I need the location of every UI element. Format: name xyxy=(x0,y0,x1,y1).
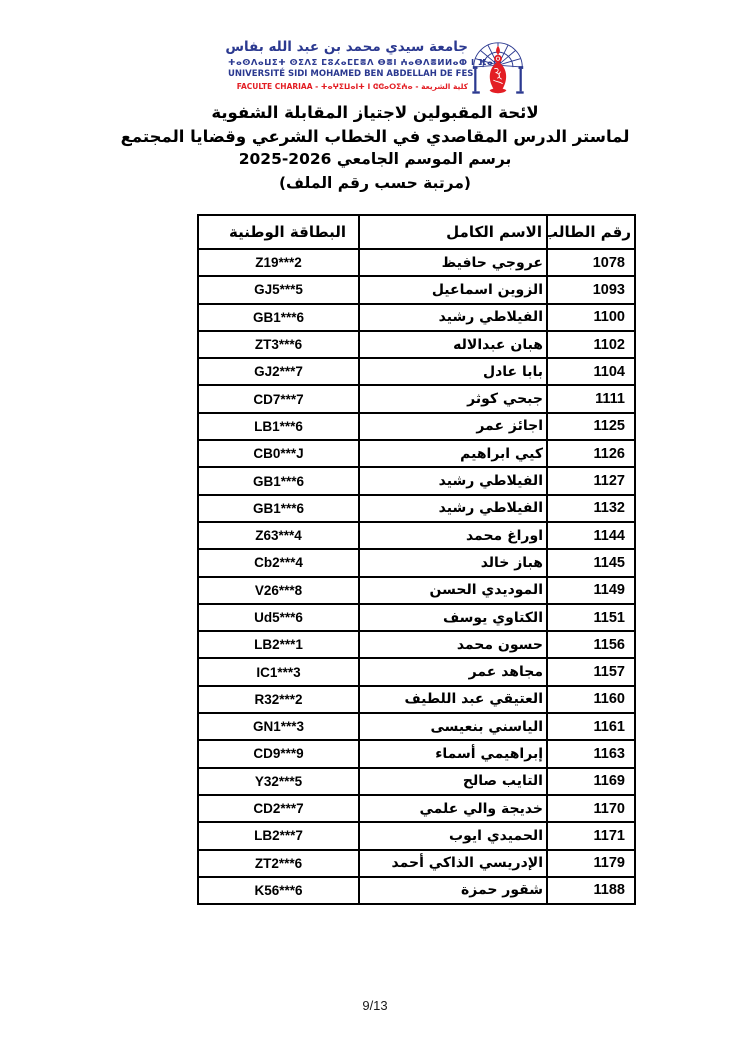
student-number-cell: 1126 xyxy=(547,440,635,467)
table-row: 1157 مجاهد عمر IC1***3 xyxy=(198,658,635,685)
national-id-cell: ZT3***6 xyxy=(198,331,359,358)
table-row: 1127 الفيلاطي رشيد GB1***6 xyxy=(198,467,635,494)
university-name-arabic: جامعة سيدي محمد بن عبد الله بفاس xyxy=(228,38,468,57)
national-id-cell: LB1***6 xyxy=(198,413,359,440)
table-row: 1171 الحميدي ايوب LB2***7 xyxy=(198,822,635,849)
national-id-cell: CB0***J xyxy=(198,440,359,467)
full-name-cell: اجائز عمر xyxy=(359,413,547,440)
national-id-cell: R32***2 xyxy=(198,686,359,713)
full-name-cell: الفيلاطي رشيد xyxy=(359,304,547,331)
faculty-name-line: FACULTE CHARIAA - ⵜⴰⵖⵉⵡⴰⵏⵜ ⵏ ⵛⵛⴰⵔⵉⵄⴰ - ك… xyxy=(228,81,468,92)
national-id-cell: LB2***7 xyxy=(198,822,359,849)
table-row: 1151 الكتاوي يوسف Ud5***6 xyxy=(198,604,635,631)
title-line-academic-year: برسم الموسم الجامعي 2026-2025 xyxy=(0,148,750,172)
student-number-cell: 1151 xyxy=(547,604,635,631)
university-name-tifinagh: ⵜⴰⵙⴷⴰⵡⵉⵜ ⵙⵉⴷⵉ ⵎⵓⵃⴰⵎⵎⴻⴷ ⴱⴻⵏ ⵄⴰⴱⴷⴻⵍⵍⴰⵀ ⵏ ⴼ… xyxy=(228,57,468,69)
student-number-cell: 1156 xyxy=(547,631,635,658)
full-name-cell: بابا عادل xyxy=(359,358,547,385)
table-row: 1144 اوراغ محمد Z63***4 xyxy=(198,522,635,549)
column-header-full-name: الاسم الكامل xyxy=(359,215,547,249)
table-row: 1126 كيي ابراهيم CB0***J xyxy=(198,440,635,467)
national-id-cell: Z63***4 xyxy=(198,522,359,549)
national-id-cell: LB2***1 xyxy=(198,631,359,658)
full-name-cell: شقور حمزة xyxy=(359,877,547,904)
letterhead-text: جامعة سيدي محمد بن عبد الله بفاس ⵜⴰⵙⴷⴰⵡⵉ… xyxy=(228,38,468,92)
national-id-cell: GB1***6 xyxy=(198,495,359,522)
table-row: 1104 بابا عادل GJ2***7 xyxy=(198,358,635,385)
national-id-cell: GB1***6 xyxy=(198,467,359,494)
student-number-cell: 1104 xyxy=(547,358,635,385)
table-row: 1125 اجائز عمر LB1***6 xyxy=(198,413,635,440)
national-id-cell: CD2***7 xyxy=(198,795,359,822)
table-header-row: رقم الطالب الاسم الكامل البطاقة الوطنية xyxy=(198,215,635,249)
student-number-cell: 1078 xyxy=(547,249,635,276)
full-name-cell: الحميدي ايوب xyxy=(359,822,547,849)
document-page: جامعة سيدي محمد بن عبد الله بفاس ⵜⴰⵙⴷⴰⵡⵉ… xyxy=(0,0,750,1061)
full-name-cell: إبراهيمي أسماء xyxy=(359,740,547,767)
student-number-cell: 1127 xyxy=(547,467,635,494)
student-number-cell: 1179 xyxy=(547,850,635,877)
full-name-cell: الكتاوي يوسف xyxy=(359,604,547,631)
national-id-cell: GN1***3 xyxy=(198,713,359,740)
student-number-cell: 1125 xyxy=(547,413,635,440)
national-id-cell: GJ5***5 xyxy=(198,276,359,303)
national-id-cell: V26***8 xyxy=(198,577,359,604)
title-line-sort-note: (مرتبة حسب رقم الملف) xyxy=(0,172,750,196)
full-name-cell: الموديدي الحسن xyxy=(359,577,547,604)
full-name-cell: التايب صالح xyxy=(359,768,547,795)
full-name-cell: اوراغ محمد xyxy=(359,522,547,549)
full-name-cell: العتيقي عبد اللطيف xyxy=(359,686,547,713)
title-line-2: لماستر الدرس المقاصدي في الخطاب الشرعي و… xyxy=(0,125,750,149)
student-number-cell: 1145 xyxy=(547,549,635,576)
national-id-cell: Y32***5 xyxy=(198,768,359,795)
admitted-students-table: رقم الطالب الاسم الكامل البطاقة الوطنية … xyxy=(197,214,636,905)
page-number: 9/13 xyxy=(0,998,750,1013)
table-row: 1145 هباز خالد Cb2***4 xyxy=(198,549,635,576)
table-row: 1161 الياسني بنعيسى GN1***3 xyxy=(198,713,635,740)
student-number-cell: 1149 xyxy=(547,577,635,604)
full-name-cell: هبان عبدالاله xyxy=(359,331,547,358)
full-name-cell: الفيلاطي رشيد xyxy=(359,495,547,522)
full-name-cell: كيي ابراهيم xyxy=(359,440,547,467)
student-number-cell: 1170 xyxy=(547,795,635,822)
student-number-cell: 1100 xyxy=(547,304,635,331)
student-number-cell: 1093 xyxy=(547,276,635,303)
full-name-cell: هباز خالد xyxy=(359,549,547,576)
table-row: 1111 جبحي كوثر CD7***7 xyxy=(198,385,635,412)
table-row: 1078 عروجي حافيظ Z19***2 xyxy=(198,249,635,276)
national-id-cell: Z19***2 xyxy=(198,249,359,276)
full-name-cell: الزوين اسماعيل xyxy=(359,276,547,303)
student-number-cell: 1111 xyxy=(547,385,635,412)
student-number-cell: 1188 xyxy=(547,877,635,904)
national-id-cell: CD7***7 xyxy=(198,385,359,412)
table-row: 1149 الموديدي الحسن V26***8 xyxy=(198,577,635,604)
student-number-cell: 1102 xyxy=(547,331,635,358)
full-name-cell: الفيلاطي رشيد xyxy=(359,467,547,494)
document-title: لائحة المقبولين لاجتياز المقابلة الشفوية… xyxy=(0,101,750,195)
table-row: 1156 حسون محمد LB2***1 xyxy=(198,631,635,658)
university-name-french: UNIVERSITÉ SIDI MOHAMED BEN ABDELLAH DE … xyxy=(228,69,468,81)
national-id-cell: GB1***6 xyxy=(198,304,359,331)
national-id-cell: IC1***3 xyxy=(198,658,359,685)
table-row: 1163 إبراهيمي أسماء CD9***9 xyxy=(198,740,635,767)
student-number-cell: 1163 xyxy=(547,740,635,767)
national-id-cell: ZT2***6 xyxy=(198,850,359,877)
table-row: 1170 خديجة والي علمي CD2***7 xyxy=(198,795,635,822)
table-row: 1132 الفيلاطي رشيد GB1***6 xyxy=(198,495,635,522)
full-name-cell: الياسني بنعيسى xyxy=(359,713,547,740)
table-row: 1179 الإدريسي الذاكي أحمد ZT2***6 xyxy=(198,850,635,877)
student-number-cell: 1160 xyxy=(547,686,635,713)
student-number-cell: 1161 xyxy=(547,713,635,740)
full-name-cell: مجاهد عمر xyxy=(359,658,547,685)
full-name-cell: جبحي كوثر xyxy=(359,385,547,412)
student-number-cell: 1144 xyxy=(547,522,635,549)
student-number-cell: 1171 xyxy=(547,822,635,849)
national-id-cell: Ud5***6 xyxy=(198,604,359,631)
national-id-cell: Cb2***4 xyxy=(198,549,359,576)
table-row: 1160 العتيقي عبد اللطيف R32***2 xyxy=(198,686,635,713)
student-number-cell: 1157 xyxy=(547,658,635,685)
full-name-cell: الإدريسي الذاكي أحمد xyxy=(359,850,547,877)
table-row: 1169 التايب صالح Y32***5 xyxy=(198,768,635,795)
national-id-cell: GJ2***7 xyxy=(198,358,359,385)
national-id-cell: CD9***9 xyxy=(198,740,359,767)
column-header-student-number: رقم الطالب xyxy=(547,215,635,249)
full-name-cell: حسون محمد xyxy=(359,631,547,658)
student-number-cell: 1169 xyxy=(547,768,635,795)
student-number-cell: 1132 xyxy=(547,495,635,522)
column-header-national-id: البطاقة الوطنية xyxy=(198,215,359,249)
table-row: 1093 الزوين اسماعيل GJ5***5 xyxy=(198,276,635,303)
full-name-cell: عروجي حافيظ xyxy=(359,249,547,276)
title-line-1: لائحة المقبولين لاجتياز المقابلة الشفوية xyxy=(0,101,750,125)
national-id-cell: K56***6 xyxy=(198,877,359,904)
full-name-cell: خديجة والي علمي xyxy=(359,795,547,822)
university-logo-icon xyxy=(470,38,526,98)
letterhead: جامعة سيدي محمد بن عبد الله بفاس ⵜⴰⵙⴷⴰⵡⵉ… xyxy=(228,38,526,98)
table-row: 1102 هبان عبدالاله ZT3***6 xyxy=(198,331,635,358)
table-row: 1100 الفيلاطي رشيد GB1***6 xyxy=(198,304,635,331)
table-row: 1188 شقور حمزة K56***6 xyxy=(198,877,635,904)
